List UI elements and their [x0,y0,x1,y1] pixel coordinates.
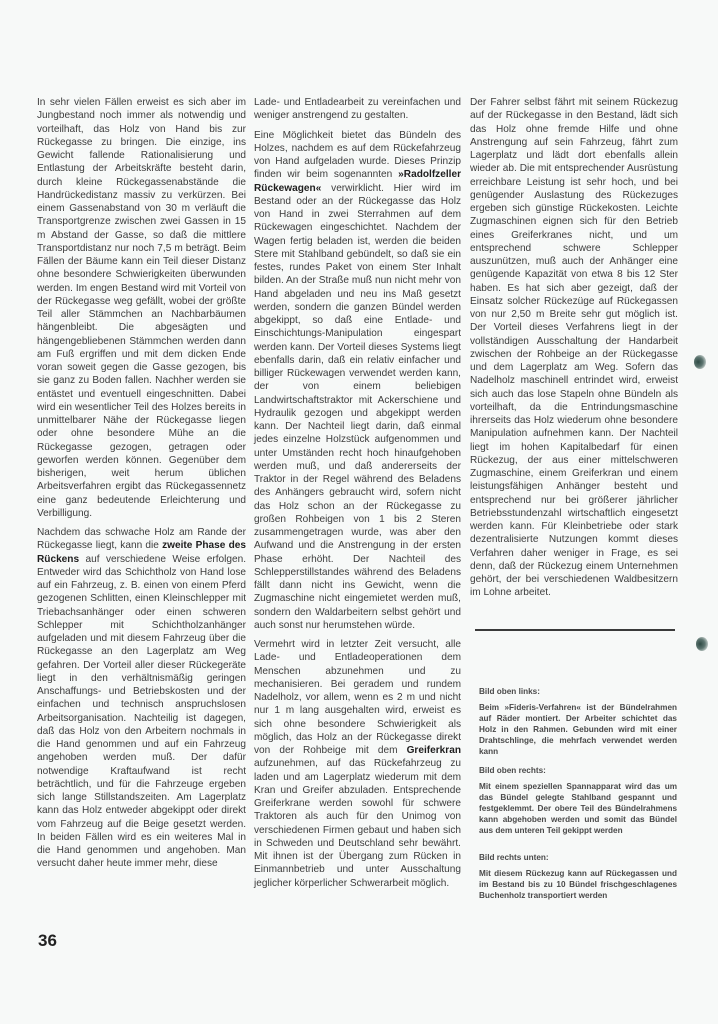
emphasis-text: Greiferkran [407,745,461,756]
caption-text: Beim »Fideris-Verfahren« ist der Bündelr… [479,702,677,757]
text-column-left: In sehr vielen Fällen erweist es sich ab… [37,96,246,877]
binder-hole-icon [694,355,706,369]
caption-text: Mit diesem Rückezug kann auf Rückegassen… [479,868,677,901]
paragraph: Der Fahrer selbst fährt mit seinem Rücke… [470,96,678,600]
paragraph: In sehr vielen Fällen erweist es sich ab… [37,96,246,520]
text-column-middle: Lade- und Entladearbeit zu vereinfachen … [254,96,461,896]
caption-title: Bild oben rechts: [479,765,677,776]
caption-top-left: Bild oben links: Beim »Fideris-Verfahren… [479,686,677,757]
paragraph: Eine Möglichkeit bietet das Bündeln des … [254,129,461,633]
caption-text: Mit einem speziellen Spannapparat wird d… [479,781,677,836]
caption-title: Bild oben links: [479,686,677,697]
binder-hole-icon [696,637,708,651]
caption-title: Bild rechts unten: [479,852,677,863]
paragraph: Nachdem das schwache Holz am Rande der R… [37,526,246,871]
caption-bottom-right: Bild rechts unten: Mit diesem Rückezug k… [479,852,677,901]
text-column-right: Der Fahrer selbst fährt mit seinem Rücke… [470,96,678,606]
paragraph: Lade- und Entladearbeit zu vereinfachen … [254,96,461,123]
caption-divider [475,629,675,631]
caption-top-right: Bild oben rechts: Mit einem speziellen S… [479,765,677,836]
page-number: 36 [38,931,57,951]
paragraph: Vermehrt wird in letzter Zeit versucht, … [254,638,461,890]
